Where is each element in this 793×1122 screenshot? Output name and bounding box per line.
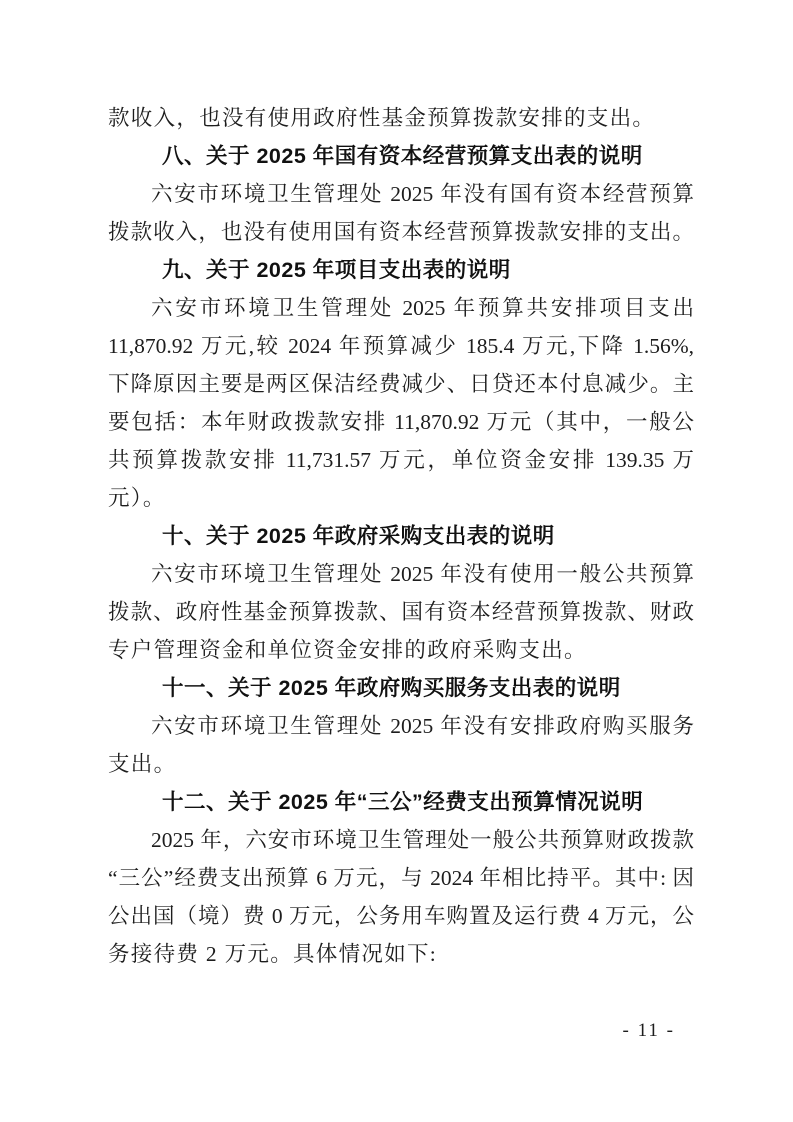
- body-text-line: 共预算拨款安排 11,731.57 万元，单位资金安排 139.35 万: [108, 441, 694, 479]
- body-text-line: 六安市环境卫生管理处 2025 年没有使用一般公共预算: [108, 555, 694, 593]
- body-text-line: 公出国（境）费 0 万元，公务用车购置及运行费 4 万元，公: [108, 897, 694, 935]
- body-text-line: 下降原因主要是两区保洁经费减少、日贷还本付息减少。主: [108, 365, 694, 403]
- body-text-line: 11,870.92 万元,较 2024 年预算减少 185.4 万元,下降 1.…: [108, 327, 694, 365]
- body-text-line: 拨款、政府性基金预算拨款、国有资本经营预算拨款、财政: [108, 593, 694, 631]
- body-text-line: （一）因公出国（境）费。支出预算 0 万元，较上年预: [108, 973, 694, 1011]
- heading-section-8: 八、关于 2025 年国有资本经营预算支出表的说明: [108, 137, 694, 175]
- heading-section-10: 十、关于 2025 年政府采购支出表的说明: [108, 517, 694, 555]
- page-body-text: 款收入，也没有使用政府性基金预算拨款安排的支出。 八、关于 2025 年国有资本…: [108, 99, 694, 1011]
- body-text-line: “三公”经费支出预算 6 万元，与 2024 年相比持平。其中: 因: [108, 859, 694, 897]
- page-number: - 11 -: [623, 1018, 675, 1044]
- body-text-line: 支出。: [108, 745, 694, 783]
- body-text-line: 2025 年，六安市环境卫生管理处一般公共预算财政拨款: [108, 821, 694, 859]
- body-text-line: 要包括：本年财政拨款安排 11,870.92 万元（其中，一般公: [108, 403, 694, 441]
- body-text-line: 六安市环境卫生管理处 2025 年没有安排政府购买服务: [108, 707, 694, 745]
- heading-section-9: 九、关于 2025 年项目支出表的说明: [108, 251, 694, 289]
- body-text-line: 拨款收入，也没有使用国有资本经营预算拨款安排的支出。: [108, 213, 694, 251]
- body-text-line: 元）。: [108, 479, 694, 517]
- heading-section-12: 十二、关于 2025 年“三公”经费支出预算情况说明: [108, 783, 694, 821]
- body-text-line: 六安市环境卫生管理处 2025 年没有国有资本经营预算: [108, 175, 694, 213]
- body-text-line: 务接待费 2 万元。具体情况如下:: [108, 935, 694, 973]
- body-text-line: 专户管理资金和单位资金安排的政府采购支出。: [108, 631, 694, 669]
- body-text-line: 六安市环境卫生管理处 2025 年预算共安排项目支出: [108, 289, 694, 327]
- document-page: 款收入，也没有使用政府性基金预算拨款安排的支出。 八、关于 2025 年国有资本…: [0, 0, 793, 1122]
- body-text-line: 款收入，也没有使用政府性基金预算拨款安排的支出。: [108, 99, 694, 137]
- heading-section-11: 十一、关于 2025 年政府购买服务支出表的说明: [108, 669, 694, 707]
